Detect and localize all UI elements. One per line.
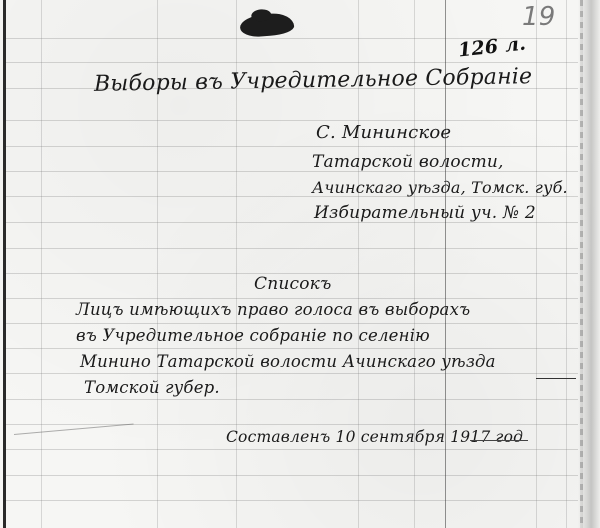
ruled-line — [4, 323, 578, 324]
address-line-volost: Татарской волости, — [312, 152, 504, 172]
ink-page-number: 126 л. — [457, 33, 527, 62]
flourish-stroke — [536, 378, 576, 379]
ruled-line — [4, 146, 578, 147]
ruled-line — [4, 475, 578, 476]
description-line-3: Минино Татарской волости Ачинскаго уѣзда — [80, 352, 496, 371]
ruled-line — [4, 298, 578, 299]
description-line-4: Томской губер. — [84, 378, 220, 397]
left-margin-binding — [3, 0, 6, 528]
list-heading: Списокъ — [254, 274, 332, 294]
faint-stroke — [14, 424, 134, 435]
ruled-line — [4, 500, 578, 501]
document-page: 19 126 л. Выборы въ Учредительное Собран… — [0, 0, 600, 528]
ruled-line — [4, 248, 578, 249]
address-line-village: С. Мининское — [316, 122, 451, 143]
ruled-line — [4, 399, 578, 400]
ruled-line — [4, 373, 578, 374]
ruled-line — [4, 424, 578, 425]
ruled-line — [4, 120, 578, 121]
ruled-line — [4, 348, 578, 349]
column-rule — [566, 0, 567, 528]
torn-right-edge — [578, 0, 600, 528]
address-line-district: Избирательный уч. № 2 — [314, 203, 536, 223]
document-title: Выборы въ Учредительное Собраніе — [94, 64, 533, 97]
description-line-2: въ Учредительное собраніе по селенію — [76, 326, 430, 345]
column-rule — [536, 0, 537, 528]
compiled-date: Составленъ 10 сентября 1917 год — [226, 428, 523, 446]
column-rule — [41, 0, 42, 528]
pencil-folio-number: 19 — [522, 2, 555, 32]
date-trailing-stroke — [470, 440, 528, 441]
description-line-1: Лицъ имѣющихъ право голоса въ выборахъ — [76, 300, 470, 319]
ruled-line — [4, 62, 578, 63]
ink-blot — [239, 12, 294, 38]
ruled-line — [4, 449, 578, 450]
address-line-uezd: Ачинскаго уѣзда, Томск. губ. — [312, 178, 568, 197]
